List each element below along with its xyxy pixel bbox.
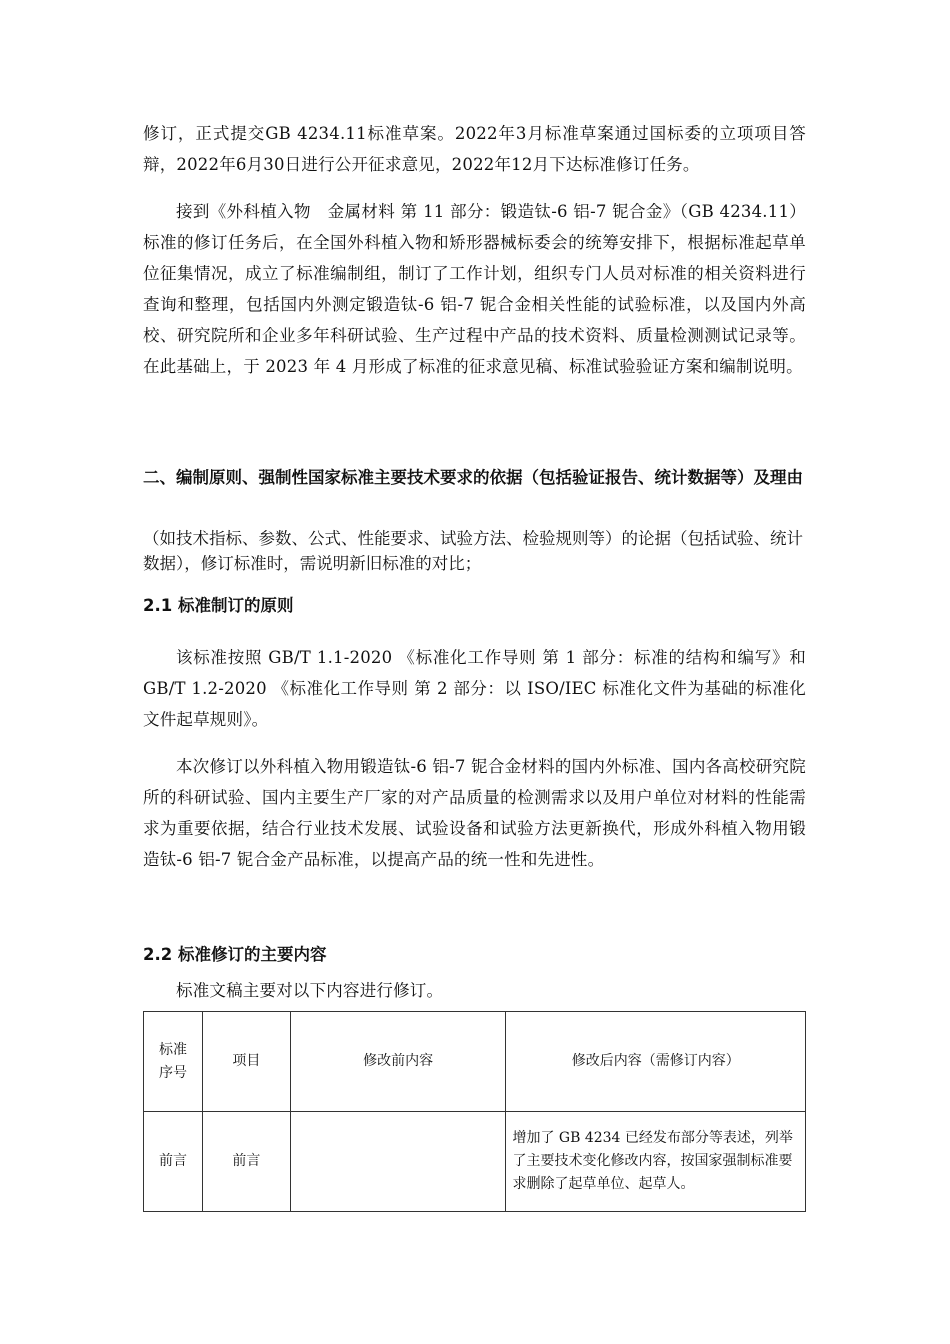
header-after: 修改后内容（需修订内容） xyxy=(506,1012,806,1112)
paragraph-revision-basis: 本次修订以外科植入物用锻造钛-6 铝-7 铌合金材料的国内外标准、国内各高校研究… xyxy=(143,751,806,875)
table-row: 前言 前言 增加了 GB 4234 已经发布部分等表述，列举了主要技术变化修改内… xyxy=(144,1112,806,1212)
section-heading-2: 二、编制原则、强制性国家标准主要技术要求的依据（包括验证报告、统计数据等）及理由 xyxy=(143,466,806,489)
header-before: 修改前内容 xyxy=(290,1012,506,1112)
section-heading-2-2: 2.2 标准修订的主要内容 xyxy=(143,943,806,966)
cell-standard-number: 前言 xyxy=(144,1112,203,1212)
paragraph-revision-task: 接到《外科植入物 金属材料 第 11 部分：锻造钛-6 铝-7 铌合金》（GB … xyxy=(143,196,806,382)
paragraph-project-history: 修订，正式提交GB 4234.11标准草案。2022年3月标准草案通过国标委的立… xyxy=(143,118,806,180)
cell-before xyxy=(290,1112,506,1212)
header-standard-number: 标准序号 xyxy=(144,1012,203,1112)
revision-table: 标准序号 项目 修改前内容 修改后内容（需修订内容） 前言 前言 增加了 GB … xyxy=(143,1011,806,1212)
section-2-note: （如技术指标、参数、公式、性能要求、试验方法、检验规则等）的论据（包括试验、统计… xyxy=(143,526,806,576)
table-intro: 标准文稿主要对以下内容进行修订。 xyxy=(143,975,806,1006)
section-heading-2-1: 2.1 标准制订的原则 xyxy=(143,594,806,617)
header-item: 项目 xyxy=(202,1012,290,1112)
table-header-row: 标准序号 项目 修改前内容 修改后内容（需修订内容） xyxy=(144,1012,806,1112)
cell-item: 前言 xyxy=(202,1112,290,1212)
paragraph-principles: 该标准按照 GB/T 1.1-2020 《标准化工作导则 第 1 部分：标准的结… xyxy=(143,642,806,735)
cell-after: 增加了 GB 4234 已经发布部分等表述，列举了主要技术变化修改内容，按国家强… xyxy=(506,1112,806,1212)
